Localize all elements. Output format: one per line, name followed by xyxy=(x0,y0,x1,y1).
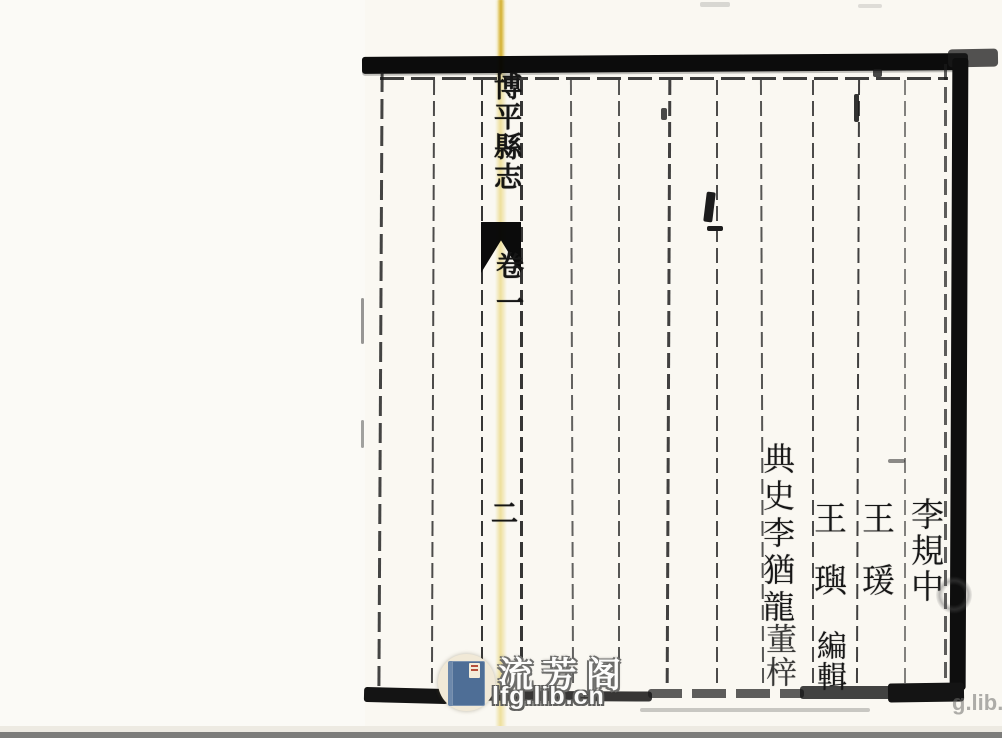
blank-margin xyxy=(0,0,365,733)
ink-speck xyxy=(858,4,882,8)
watermark-corner-fragment: g.lib.cn xyxy=(952,690,1002,716)
watermark-site-url: lfg.lib.cn xyxy=(492,682,605,711)
contributor-name: 王瑗 xyxy=(852,501,899,625)
frame-top-inner-line xyxy=(380,77,948,80)
ink-speck xyxy=(888,459,905,463)
book-title-slip xyxy=(469,663,480,678)
frame-bottom-border xyxy=(364,687,448,704)
contributor-role: 董梓 xyxy=(756,623,801,689)
contributor-name: 王璵 xyxy=(804,501,851,625)
volume-label: 卷一 xyxy=(487,251,527,325)
fold-crease-top xyxy=(497,0,505,70)
frame-bottom-shadow xyxy=(640,708,870,712)
ink-speck xyxy=(854,94,859,122)
column-line xyxy=(481,80,483,688)
column-line xyxy=(618,80,620,688)
ink-speck xyxy=(661,108,667,120)
ink-speck xyxy=(707,226,723,231)
scan-bottom-bar xyxy=(0,732,1002,738)
fold-crease xyxy=(495,0,507,733)
contributor-role: 編輯 xyxy=(806,630,850,692)
ink-speck xyxy=(361,298,364,344)
frame-bottom-border xyxy=(648,689,804,698)
scan-smudge xyxy=(936,576,972,614)
contributor-name: 典史李猶龍 xyxy=(754,442,800,627)
ink-speck xyxy=(873,69,882,77)
ink-speck xyxy=(700,2,730,7)
column-line xyxy=(716,80,718,688)
ink-speck xyxy=(361,420,364,448)
